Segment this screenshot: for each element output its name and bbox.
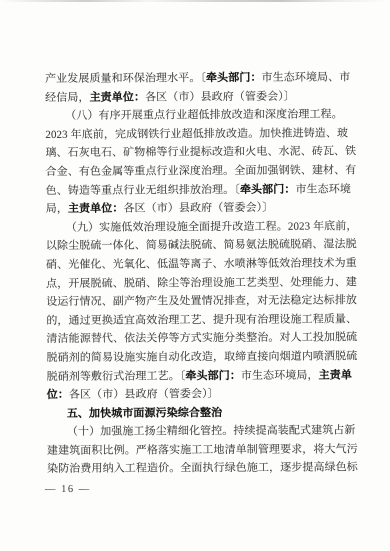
text-line: 以除尘脱硫一体化、简易碱法脱硫、简易氨法脱硫脱硝、湿法脱 bbox=[46, 236, 356, 256]
bold-text-segment: 主责单位： bbox=[90, 91, 146, 103]
text-line: 璃、石灰电石、矿物棉等行业提标改造和火电、水泥、砖瓦、铁 bbox=[45, 143, 355, 163]
text-segment: 以除尘脱硫一体化、简易碱法脱硫、简易氨法脱硫脱硝、湿法脱 bbox=[46, 239, 357, 253]
text-line: 硝、光催化、光氧化、低温等离子、水喷淋等低效治理技术为重 bbox=[46, 254, 356, 274]
text-line: 清洁能源替代、依法关停等方式实施分类整治。对人工投加脱硫 bbox=[46, 329, 356, 349]
text-line: 脱硝剂等敷衍式治理工艺。〔牵头部门：市生态环境局，主责单 bbox=[47, 366, 357, 386]
text-line: 建建筑面积比例。严格落实施工工地清单制管理要求，将大气污 bbox=[47, 440, 357, 460]
text-segment: 色、铸造等重点行业无组织排放治理。〔 bbox=[46, 184, 240, 197]
text-segment: （十）加强施工扬尘精细化管控。持续提高装配式建筑占新 bbox=[67, 425, 356, 439]
text-segment: 产业发展质量和环保治理水平。〔 bbox=[45, 72, 206, 85]
text-line: 脱硝剂的简易设施实施自动化改造，取缔直接向烟道内喷洒脱硫 bbox=[46, 347, 356, 367]
text-line: 设运行情况、副产物产生及处置情况排查，对无法稳定达标排放 bbox=[46, 291, 356, 311]
text-segment: 硝、光催化、光氧化、低温等离子、水喷淋等低效治理技术为重 bbox=[46, 257, 357, 271]
text-segment: 脱硝剂的简易设施实施自动化改造，取缔直接向烟道内喷洒脱硫 bbox=[46, 350, 357, 364]
text-segment: 璃、石灰电石、矿物棉等行业提标改造和火电、水泥、砖瓦、铁 bbox=[45, 146, 356, 160]
text-segment: 市生态环境局、市 bbox=[262, 71, 351, 83]
text-segment: 市生态环境局， bbox=[241, 369, 319, 381]
text-line: 点，开展脱硫、脱硝、除尘等治理设施工艺类型、处理能力、建 bbox=[46, 273, 356, 293]
scanned-document-page: 产业发展质量和环保治理水平。〔牵头部门：市生态环境局、市经信局，主责单位：各区（… bbox=[0, 0, 390, 551]
text-segment: 各区（市）县政府（管委会）〕 bbox=[69, 388, 219, 401]
text-line: （八）有序开展重点行业超低排放改造和深度治理工程。 bbox=[45, 106, 355, 126]
text-line: 产业发展质量和环保治理水平。〔牵头部门：市生态环境局、市 bbox=[45, 68, 355, 88]
text-line: 的，通过更换适宜高效治理工艺、提升现有治理设施工程质量、 bbox=[46, 310, 356, 330]
page-number: — 16 — bbox=[45, 483, 91, 497]
text-segment: （八）有序开展重点行业超低排放改造和深度治理工程。 bbox=[65, 109, 343, 122]
text-line: 合金、有色金属等重点行业深度治理。全面加强钢铁、建材、有 bbox=[45, 161, 355, 181]
bold-text-segment: 五、加快城市面源污染综合整治 bbox=[67, 407, 222, 420]
text-segment: 各区（市）县政府（管委会）〕 bbox=[145, 90, 295, 103]
section-heading: 五、加快城市面源污染综合整治 bbox=[47, 403, 357, 423]
text-line: 局，主责单位：各区（市）县政府（管委会）〕 bbox=[46, 199, 356, 219]
bold-text-segment: 牵头部门： bbox=[185, 369, 241, 381]
bold-text-segment: 牵头部门： bbox=[206, 72, 262, 84]
bold-text-segment: 牵头部门： bbox=[240, 183, 296, 195]
text-segment: （九）实施低效治理设施全面提升改造工程。2023 年底前， bbox=[66, 220, 358, 234]
text-line: 2023 年底前，完成钢铁行业超低排放改造。加快推进铸造、玻 bbox=[45, 124, 355, 144]
text-segment: 合金、有色金属等重点行业深度治理。全面加强钢铁、建材、有 bbox=[46, 164, 357, 178]
text-line: 染防治费用纳入工程造价。全面执行绿色施工，逐步提高绿色标 bbox=[47, 459, 357, 479]
text-line: 色、铸造等重点行业无组织排放治理。〔牵头部门：市生态环境 bbox=[46, 180, 356, 200]
bold-text-segment: 位： bbox=[47, 389, 69, 401]
text-line: （十）加强施工扬尘精细化管控。持续提高装配式建筑占新 bbox=[47, 422, 357, 442]
text-segment: 局， bbox=[46, 203, 68, 215]
text-segment: 设运行情况、副产物产生及处置情况排查，对无法稳定达标排放 bbox=[46, 294, 357, 308]
scan-edge-artifact bbox=[0, 0, 390, 2]
text-line: （九）实施低效治理设施全面提升改造工程。2023 年底前， bbox=[46, 217, 356, 237]
bold-text-segment: 主责单 bbox=[319, 369, 352, 381]
text-line: 经信局，主责单位：各区（市）县政府（管委会）〕 bbox=[45, 87, 355, 107]
document-body: 产业发展质量和环保治理水平。〔牵头部门：市生态环境局、市经信局，主责单位：各区（… bbox=[45, 68, 357, 479]
text-segment: 建建筑面积比例。严格落实施工工地清单制管理要求，将大气污 bbox=[47, 443, 358, 457]
text-segment: 染防治费用纳入工程造价。全面执行绿色施工，逐步提高绿色标 bbox=[47, 462, 358, 476]
text-segment: 市生态环境 bbox=[295, 183, 351, 195]
text-segment: 脱硝剂等敷衍式治理工艺。〔 bbox=[47, 370, 186, 383]
bold-text-segment: 主责单位： bbox=[68, 203, 124, 215]
text-segment: 经信局， bbox=[45, 91, 89, 103]
text-segment: 清洁能源替代、依法关停等方式实施分类整治。对人工投加脱硫 bbox=[46, 332, 357, 346]
text-segment: 的，通过更换适宜高效治理工艺、提升现有治理设施工程质量、 bbox=[46, 313, 357, 327]
text-segment: 2023 年底前，完成钢铁行业超低排放改造。加快推进铸造、玻 bbox=[45, 127, 348, 141]
text-segment: 各区（市）县政府（管委会）〕 bbox=[123, 202, 273, 215]
text-line: 位：各区（市）县政府（管委会）〕 bbox=[47, 384, 357, 404]
text-segment: 点，开展脱硫、脱硝、除尘等治理设施工艺类型、处理能力、建 bbox=[46, 276, 357, 290]
